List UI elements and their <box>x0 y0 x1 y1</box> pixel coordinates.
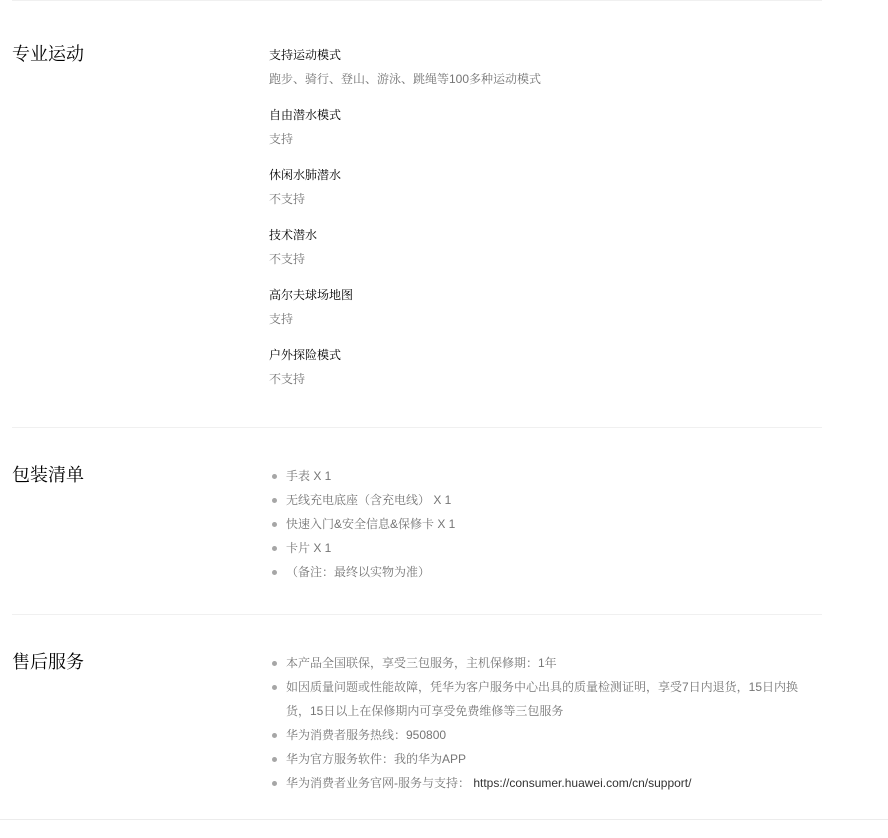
bullet-icon <box>272 685 277 690</box>
product-spec-page: 专业运动 支持运动模式 跑步、骑行、登山、游泳、跳绳等100多种运动模式 自由潜… <box>0 0 888 838</box>
section-title-package: 包装清单 <box>12 463 84 487</box>
spec-item-outdoor-adventure: 户外探险模式 不支持 <box>269 347 541 407</box>
sports-spec-list: 支持运动模式 跑步、骑行、登山、游泳、跳绳等100多种运动模式 自由潜水模式 支… <box>269 47 541 407</box>
bullet-icon <box>272 781 277 786</box>
support-label: 华为消费者业务官网-服务与支持： <box>286 776 470 790</box>
spec-name: 自由潜水模式 <box>269 107 541 131</box>
section-title-service: 售后服务 <box>12 650 84 674</box>
bullet-icon <box>272 498 277 503</box>
section-divider-top <box>12 0 822 1</box>
bullet-icon <box>272 757 277 762</box>
list-item: 快速入门&安全信息&保修卡 X 1 <box>271 512 801 536</box>
section-divider <box>12 427 822 428</box>
spec-item-technical-diving: 技术潜水 不支持 <box>269 227 541 287</box>
spec-name: 户外探险模式 <box>269 347 541 371</box>
spec-name: 技术潜水 <box>269 227 541 251</box>
bullet-icon <box>272 570 277 575</box>
spec-value: 不支持 <box>269 371 541 387</box>
bullet-icon <box>272 733 277 738</box>
section-divider <box>12 614 822 615</box>
bullet-icon <box>272 474 277 479</box>
list-item: 卡片 X 1 <box>271 536 801 560</box>
list-item-text: 卡片 X 1 <box>286 541 331 555</box>
bullet-icon <box>272 661 277 666</box>
package-item-list: 手表 X 1 无线充电底座（含充电线） X 1 快速入门&安全信息&保修卡 X … <box>271 464 801 584</box>
list-item: 手表 X 1 <box>271 464 801 488</box>
list-item-support-site: 华为消费者业务官网-服务与支持： https://consumer.huawei… <box>271 771 801 795</box>
bullet-icon <box>272 522 277 527</box>
list-item: 本产品全国联保，享受三包服务，主机保修期：1年 <box>271 651 801 675</box>
list-item-text: （备注：最终以实物为准） <box>286 565 430 579</box>
spec-value: 不支持 <box>269 251 541 267</box>
spec-item-scuba-diving: 休闲水肺潜水 不支持 <box>269 167 541 227</box>
spec-name: 高尔夫球场地图 <box>269 287 541 311</box>
list-item-text: 无线充电底座（含充电线） X 1 <box>286 493 451 507</box>
list-item: 华为消费者服务热线：950800 <box>271 723 801 747</box>
section-title-sports: 专业运动 <box>12 42 84 66</box>
spec-value: 跑步、骑行、登山、游泳、跳绳等100多种运动模式 <box>269 71 541 87</box>
spec-value: 支持 <box>269 131 541 147</box>
list-item: （备注：最终以实物为准） <box>271 560 801 584</box>
list-item: 无线充电底座（含充电线） X 1 <box>271 488 801 512</box>
spec-item-golf-map: 高尔夫球场地图 支持 <box>269 287 541 347</box>
spec-value: 不支持 <box>269 191 541 207</box>
service-item-list: 本产品全国联保，享受三包服务，主机保修期：1年 如因质量问题或性能故障，凭华为客… <box>271 651 801 795</box>
list-item: 如因质量问题或性能故障，凭华为客户服务中心出具的质量检测证明，享受7日内退货，1… <box>271 675 801 723</box>
bullet-icon <box>272 546 277 551</box>
spec-name: 休闲水肺潜水 <box>269 167 541 191</box>
list-item-text: 如因质量问题或性能故障，凭华为客户服务中心出具的质量检测证明，享受7日内退货，1… <box>286 680 798 718</box>
list-item: 华为官方服务软件：我的华为APP <box>271 747 801 771</box>
list-item-text: 华为官方服务软件：我的华为APP <box>286 752 466 766</box>
list-item-text: 本产品全国联保，享受三包服务，主机保修期：1年 <box>286 656 557 670</box>
section-divider-bottom <box>0 819 888 820</box>
spec-name: 支持运动模式 <box>269 47 541 71</box>
list-item-text: 手表 X 1 <box>286 469 331 483</box>
spec-value: 支持 <box>269 311 541 327</box>
list-item-text: 华为消费者服务热线：950800 <box>286 728 446 742</box>
spec-item-sport-modes: 支持运动模式 跑步、骑行、登山、游泳、跳绳等100多种运动模式 <box>269 47 541 107</box>
spec-item-free-diving: 自由潜水模式 支持 <box>269 107 541 167</box>
list-item-text: 快速入门&安全信息&保修卡 X 1 <box>286 517 455 531</box>
support-url-link[interactable]: https://consumer.huawei.com/cn/support/ <box>473 776 691 790</box>
